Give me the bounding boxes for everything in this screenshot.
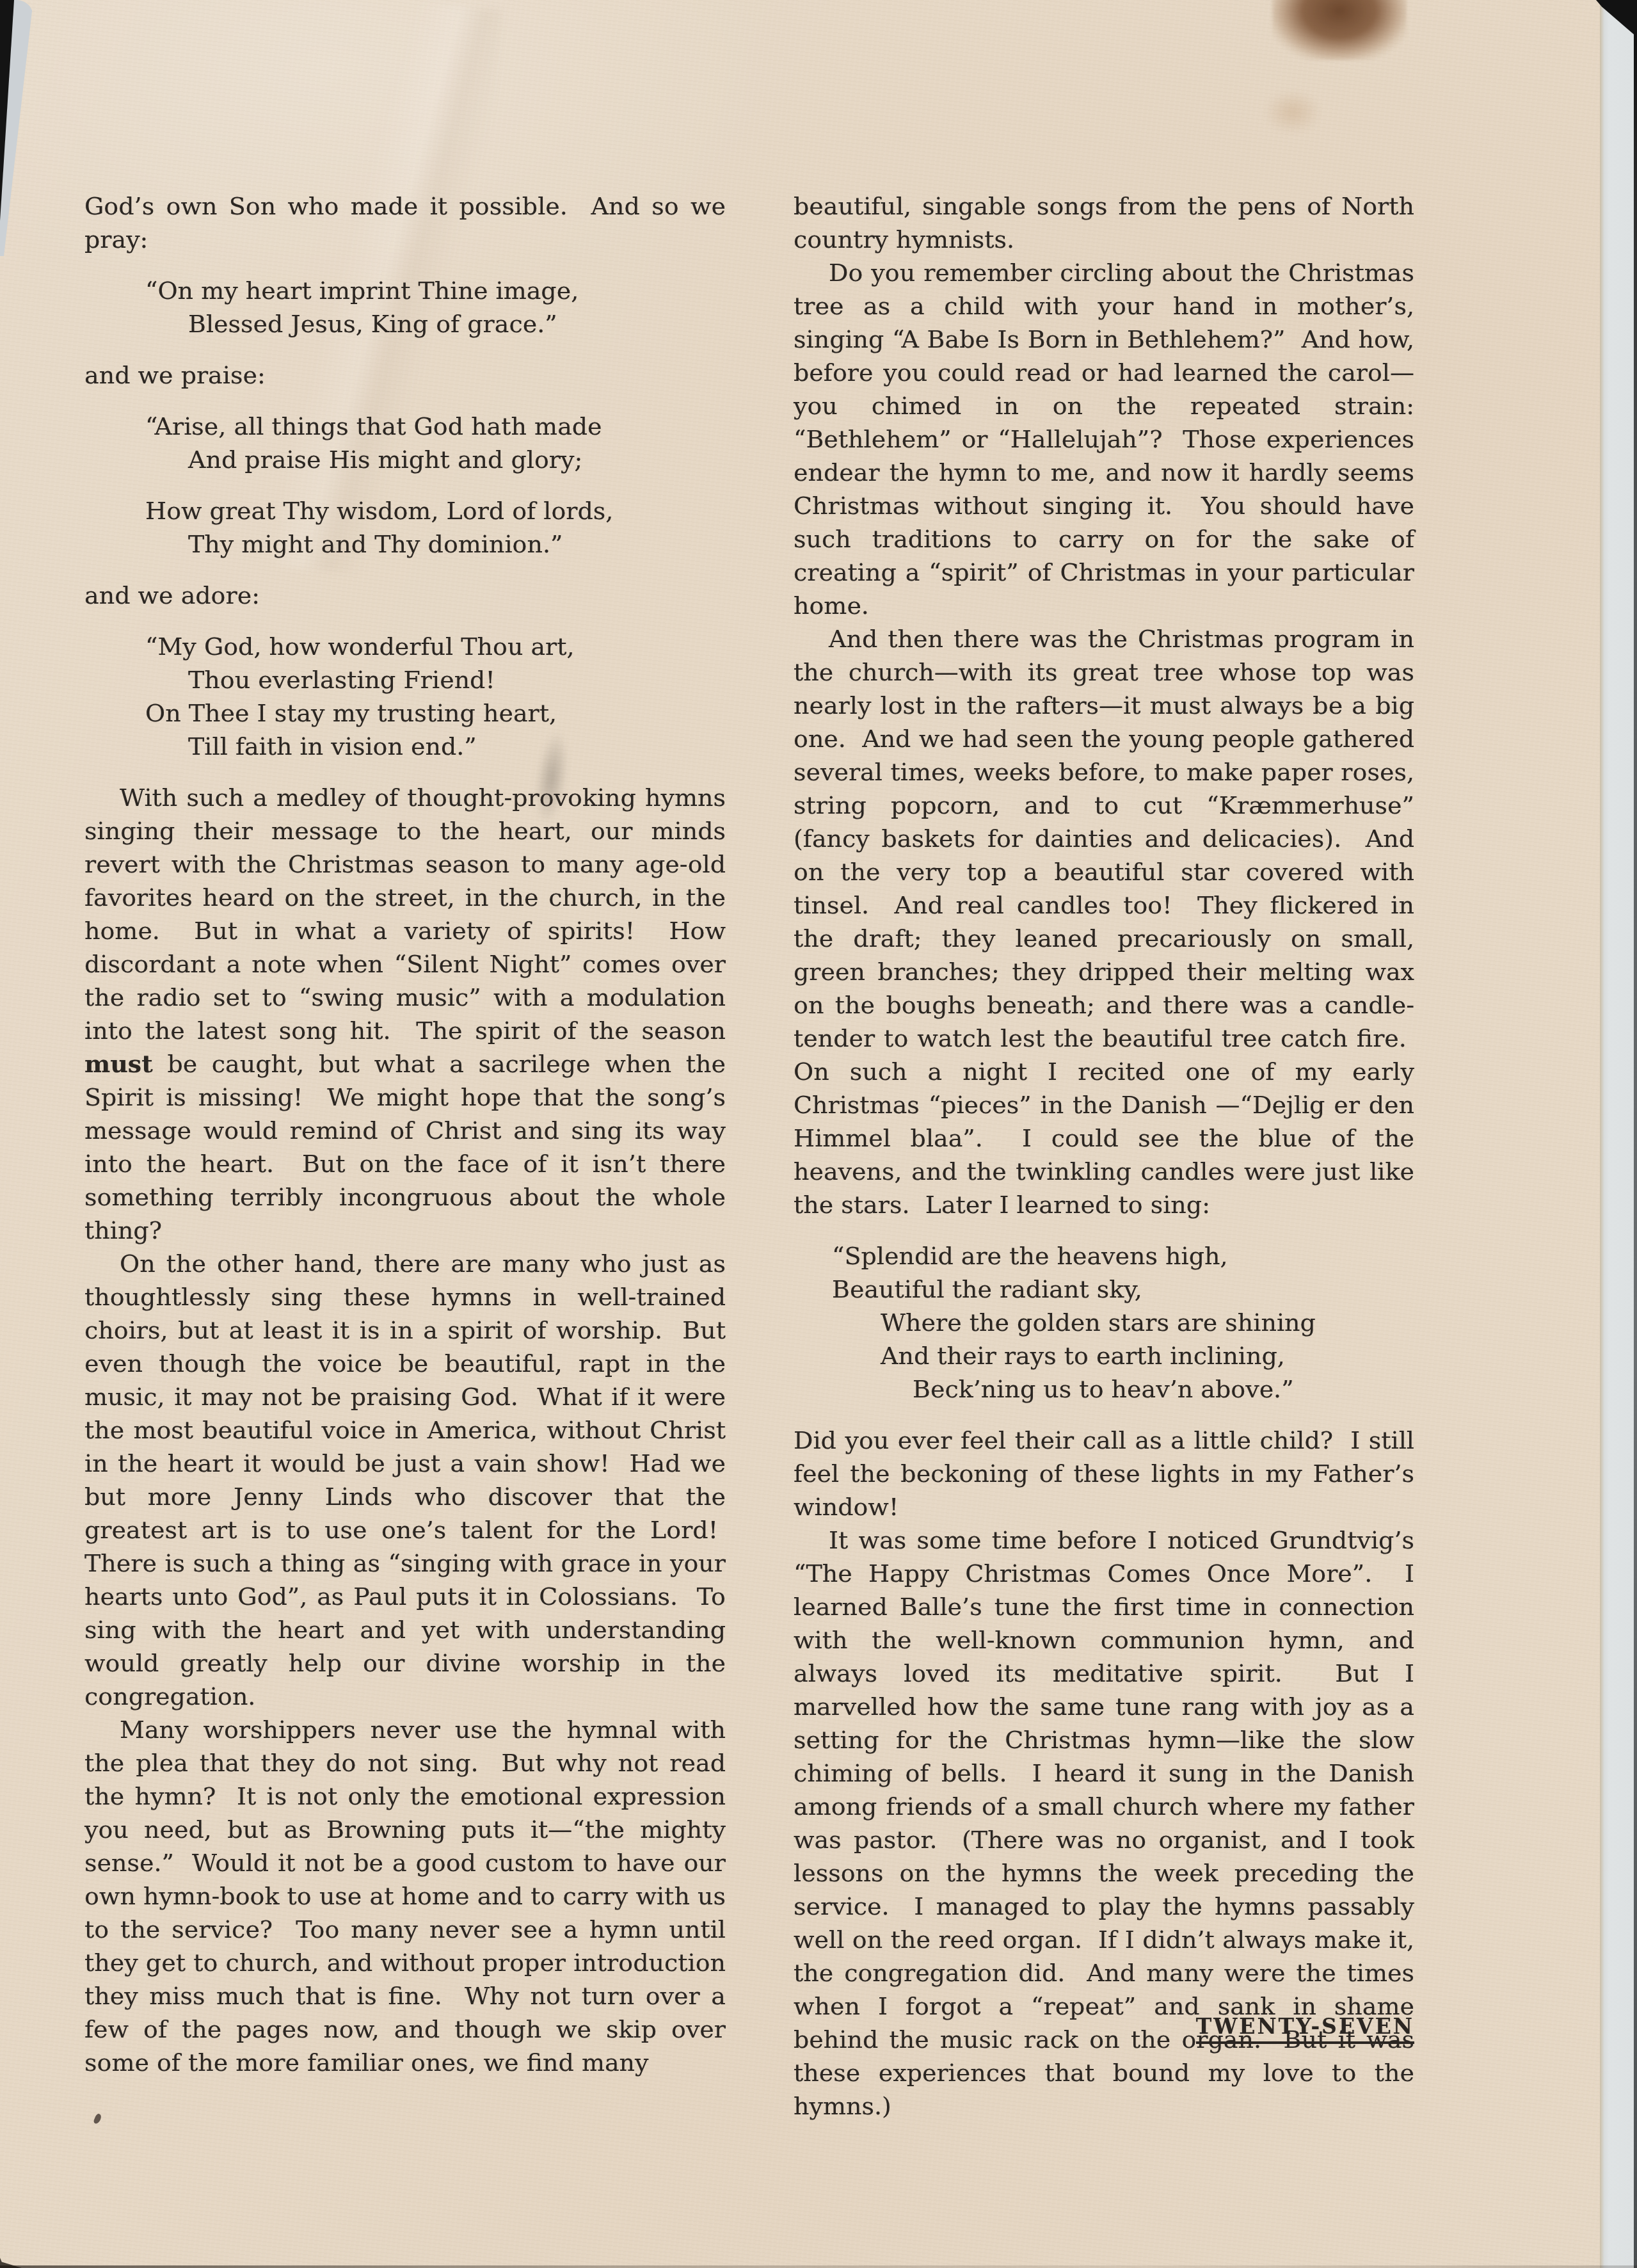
- column-right: beautiful, singable songs from the pens …: [794, 189, 1414, 2123]
- verse-line: And their rays to earth inclining,: [881, 1339, 1414, 1372]
- paragraph: On the other hand, there are many who ju…: [84, 1247, 726, 1713]
- page-number: TWENTY-SEVEN: [1196, 2014, 1414, 2044]
- verse: “Splendid are the heavens high,Beautiful…: [794, 1239, 1414, 1406]
- verse-line: Thou everlasting Friend!: [188, 663, 726, 696]
- verse-line: Till faith in vision end.”: [188, 730, 726, 763]
- verse: “My God, how wonderful Thou art,Thou eve…: [84, 630, 726, 763]
- paragraph: And then there was the Christmas program…: [794, 622, 1414, 1221]
- page-footer: TWENTY-SEVEN: [794, 2014, 1414, 2044]
- text-segment: With such a medley of thought-provoking …: [84, 784, 726, 1045]
- paper-fleck: [93, 2113, 102, 2125]
- verse-line: Thy might and Thy dominion.”: [188, 527, 726, 561]
- scanned-page: God’s own Son who made it possible. And …: [0, 0, 1637, 2268]
- paragraph: beautiful, singable songs from the pens …: [794, 189, 1414, 256]
- text-segment: be caught, but what a sacrilege when the…: [84, 1050, 726, 1244]
- verse-line: “Arise, all things that God hath made: [145, 410, 726, 443]
- paragraph: Did you ever feel their call as a little…: [794, 1424, 1414, 1524]
- verse-line: “Splendid are the heavens high,: [832, 1239, 1414, 1273]
- verse-line: How great Thy wisdom, Lord of lords,: [145, 494, 726, 527]
- verse: “Arise, all things that God hath madeAnd…: [84, 410, 726, 476]
- paragraph: God’s own Son who made it possible. And …: [84, 189, 726, 256]
- verse-line: On Thee I stay my trusting heart,: [145, 696, 726, 730]
- section-label: and we adore:: [84, 579, 726, 612]
- verse: How great Thy wisdom, Lord of lords,Thy …: [84, 494, 726, 561]
- paragraph: Many worshippers never use the hymnal wi…: [84, 1713, 726, 2079]
- verse: “On my heart imprint Thine image,Blessed…: [84, 274, 726, 341]
- verse-line: Beck’ning us to heav’n above.”: [913, 1372, 1414, 1406]
- scan-right-edge-shadow: [1634, 0, 1637, 2268]
- section-label: and we praise:: [84, 358, 726, 392]
- paragraph: With such a medley of thought-provoking …: [84, 781, 726, 1247]
- scan-bottom-edge-shadow: [0, 2265, 1637, 2268]
- scanner-background-strip: [1600, 0, 1637, 2268]
- ink-stain-halo: [1264, 90, 1322, 134]
- verse-line: “On my heart imprint Thine image,: [145, 274, 726, 307]
- paragraph: Do you remember circling about the Chris…: [794, 256, 1414, 622]
- emphasized-word: must: [84, 1049, 153, 1078]
- verse-line: Blessed Jesus, King of grace.”: [188, 307, 726, 341]
- verse-line: Beautiful the radiant sky,: [832, 1273, 1414, 1306]
- ink-stain: [1272, 0, 1407, 60]
- column-left: God’s own Son who made it possible. And …: [84, 189, 726, 2079]
- verse-line: And praise His might and glory;: [188, 443, 726, 476]
- verse-line: “My God, how wonderful Thou art,: [145, 630, 726, 663]
- verse-line: Where the golden stars are shining: [881, 1306, 1414, 1339]
